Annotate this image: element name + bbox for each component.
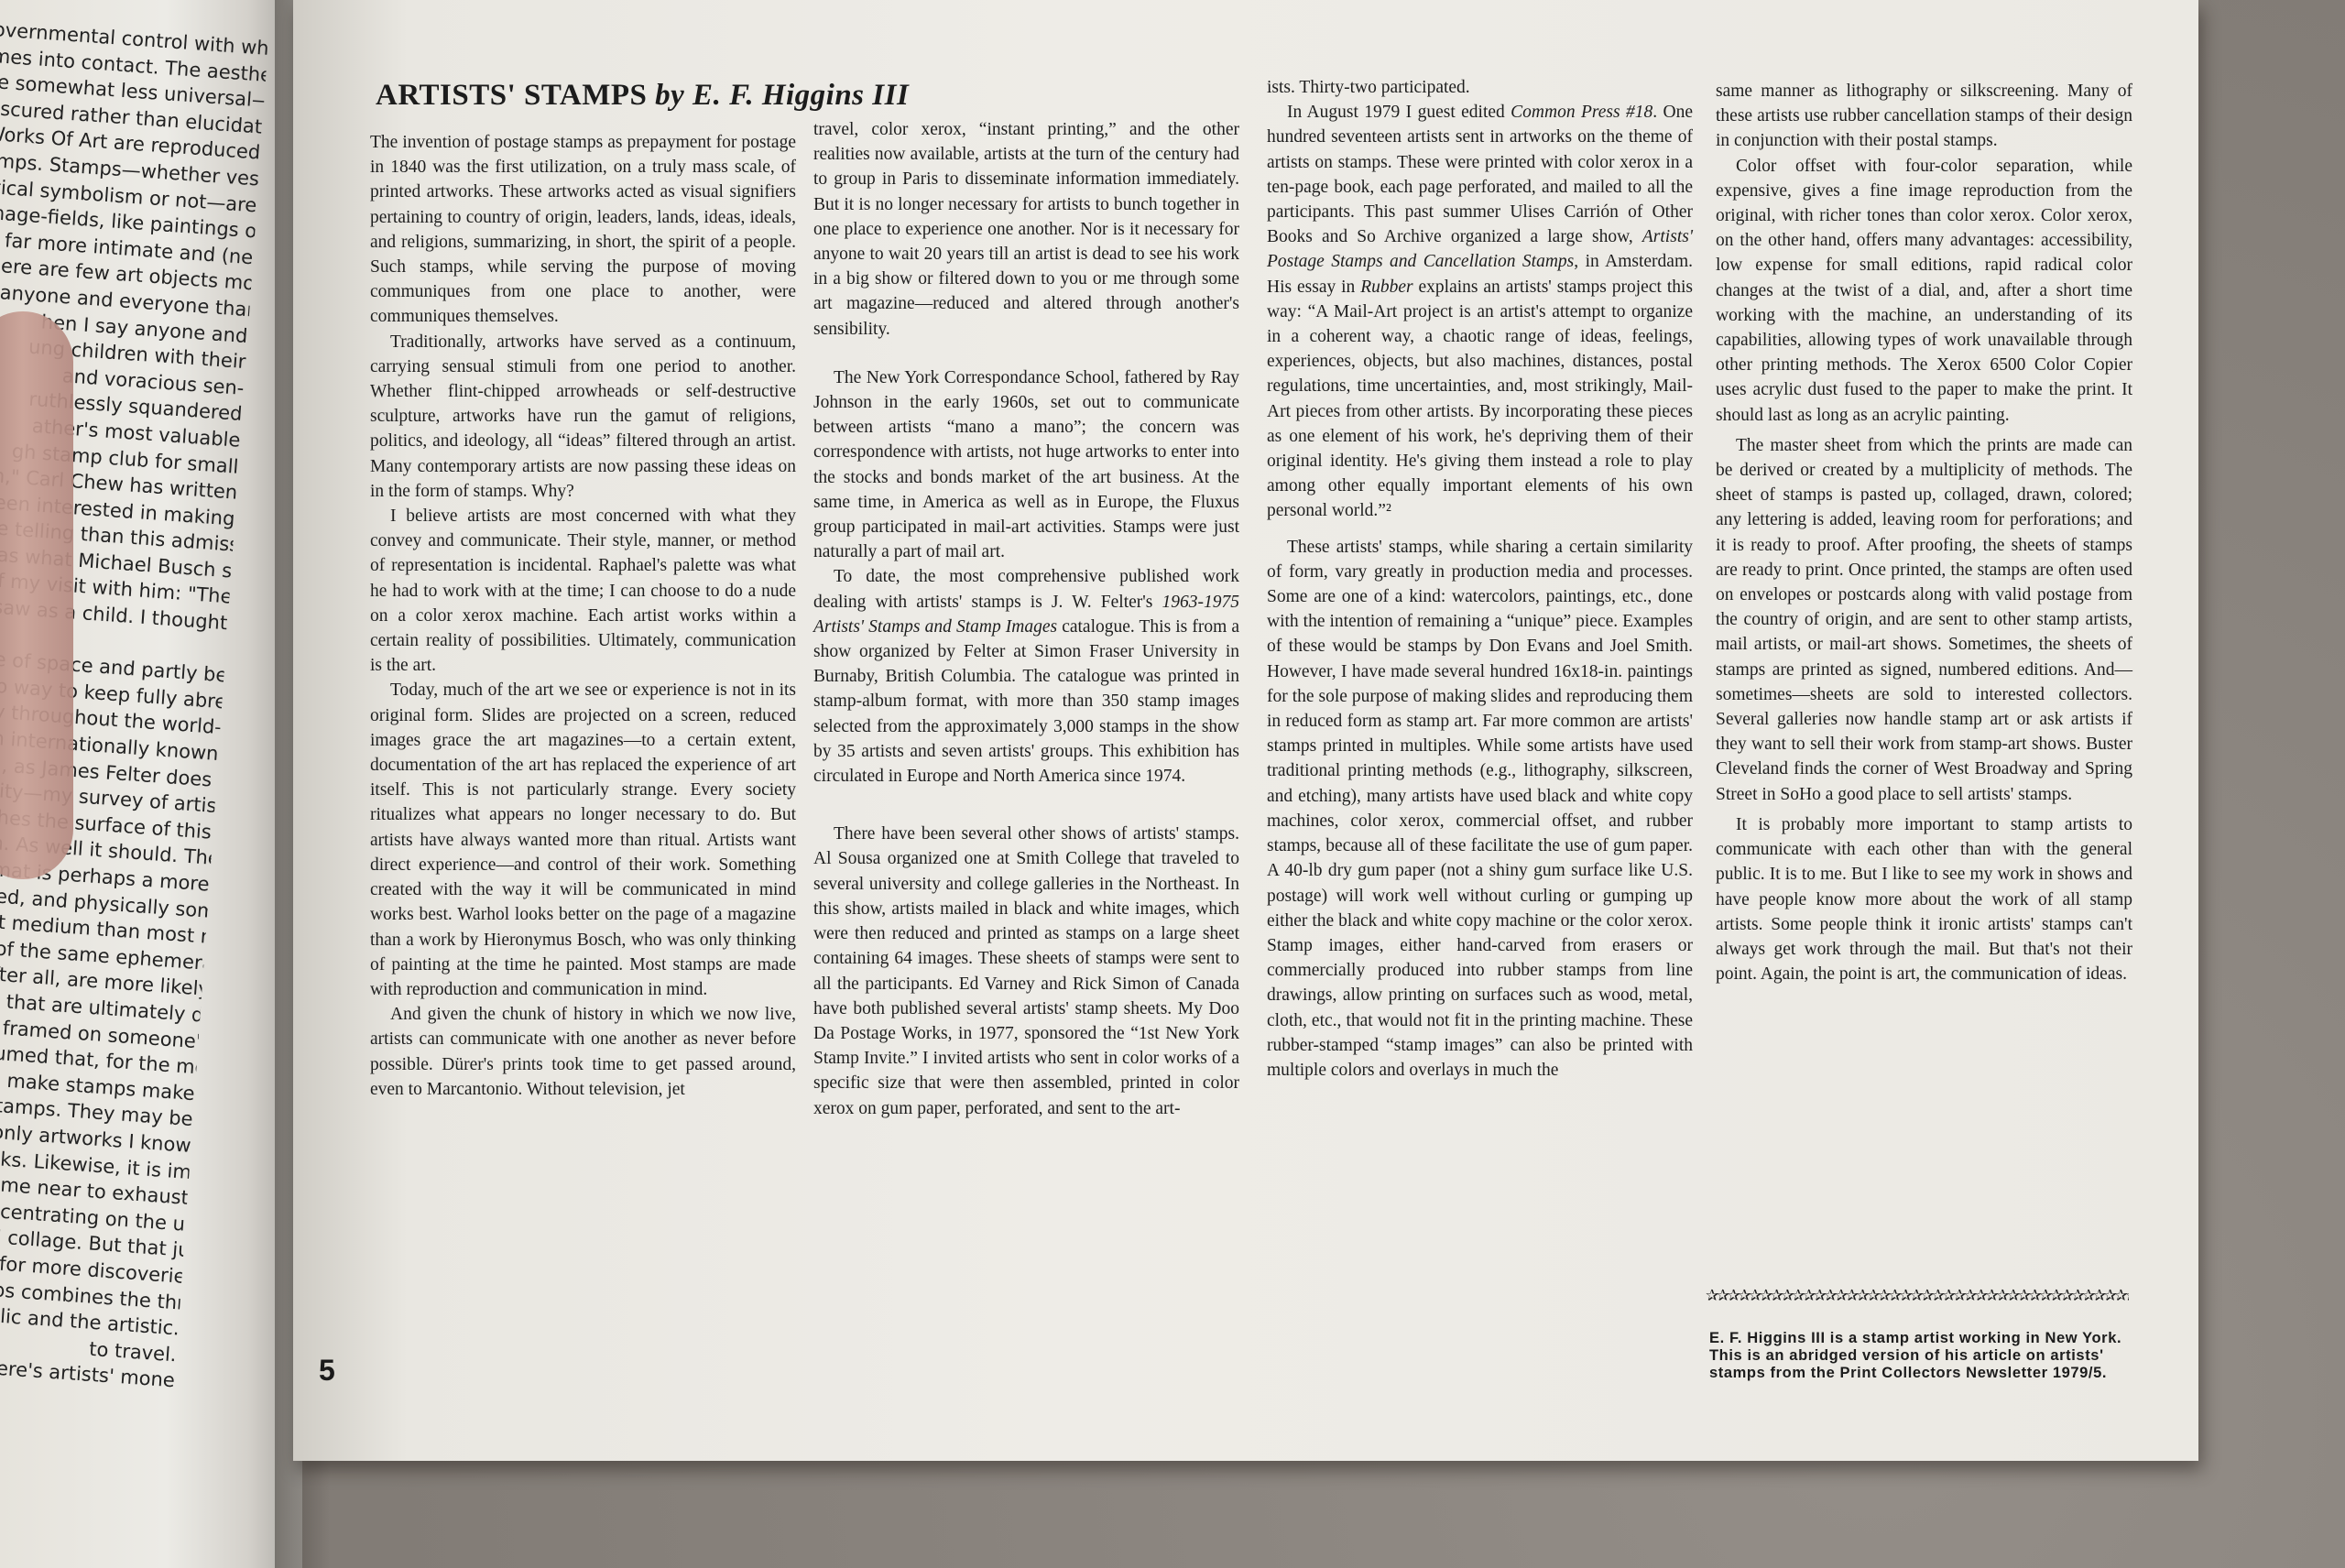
paragraph: Today, much of the art we see or experie…	[370, 678, 796, 1002]
facing-page-left: overnmental control with whichmes into c…	[0, 0, 302, 1568]
article-column-3: ists. Thirty-two participated. In August…	[1267, 75, 1693, 1083]
reader-thumb	[0, 311, 73, 879]
article-column-4: same manner as lithography or silkscreen…	[1716, 79, 2132, 986]
paragraph: It is probably more important to stamp a…	[1716, 812, 2132, 986]
paragraph: Color offset with four-color separation,…	[1716, 154, 2132, 428]
publication-title: Rubber	[1360, 278, 1412, 297]
paragraph: I believe artists are most concerned wit…	[370, 504, 796, 678]
paragraph: Traditionally, artworks have served as a…	[370, 330, 796, 504]
article-column-2: travel, color xerox, “instant printing,”…	[813, 117, 1239, 1121]
paragraph: The New York Correspondance School, fath…	[813, 365, 1239, 565]
paragraph: ists. Thirty-two participated.	[1267, 75, 1693, 100]
paragraph: These artists' stamps, while sharing a c…	[1267, 535, 1693, 1083]
page-number: 5	[319, 1354, 335, 1388]
publication-title: Common Press #18	[1511, 103, 1652, 122]
paragraph: travel, color xerox, “instant printing,”…	[813, 117, 1239, 342]
byline: by E. F. Higgins III	[655, 79, 909, 112]
paragraph: In August 1979 I guest edited Common Pre…	[1267, 100, 1693, 523]
article-column-1: The invention of postage stamps as prepa…	[370, 130, 796, 1102]
star-divider: ✰✰✰✰✰✰✰✰✰✰✰✰✰✰✰✰✰✰✰✰✰✰✰✰✰✰✰✰✰✰✰✰✰✰✰✰✰✰✰✰…	[1706, 1287, 2129, 1305]
paragraph: There have been several other shows of a…	[813, 822, 1239, 1120]
paragraph: same manner as lithography or silkscreen…	[1716, 79, 2132, 154]
article-title: ARTISTS' STAMPS by E. F. Higgins III	[376, 79, 909, 113]
paragraph: And given the chunk of history in which …	[370, 1002, 796, 1102]
paragraph: The master sheet from which the prints a…	[1716, 433, 2132, 807]
paragraph: The invention of postage stamps as prepa…	[370, 130, 796, 330]
author-bio: E. F. Higgins III is a stamp artist work…	[1709, 1330, 2132, 1382]
paragraph: To date, the most comprehensive publishe…	[813, 564, 1239, 789]
title-text: ARTISTS' STAMPS	[376, 79, 647, 112]
